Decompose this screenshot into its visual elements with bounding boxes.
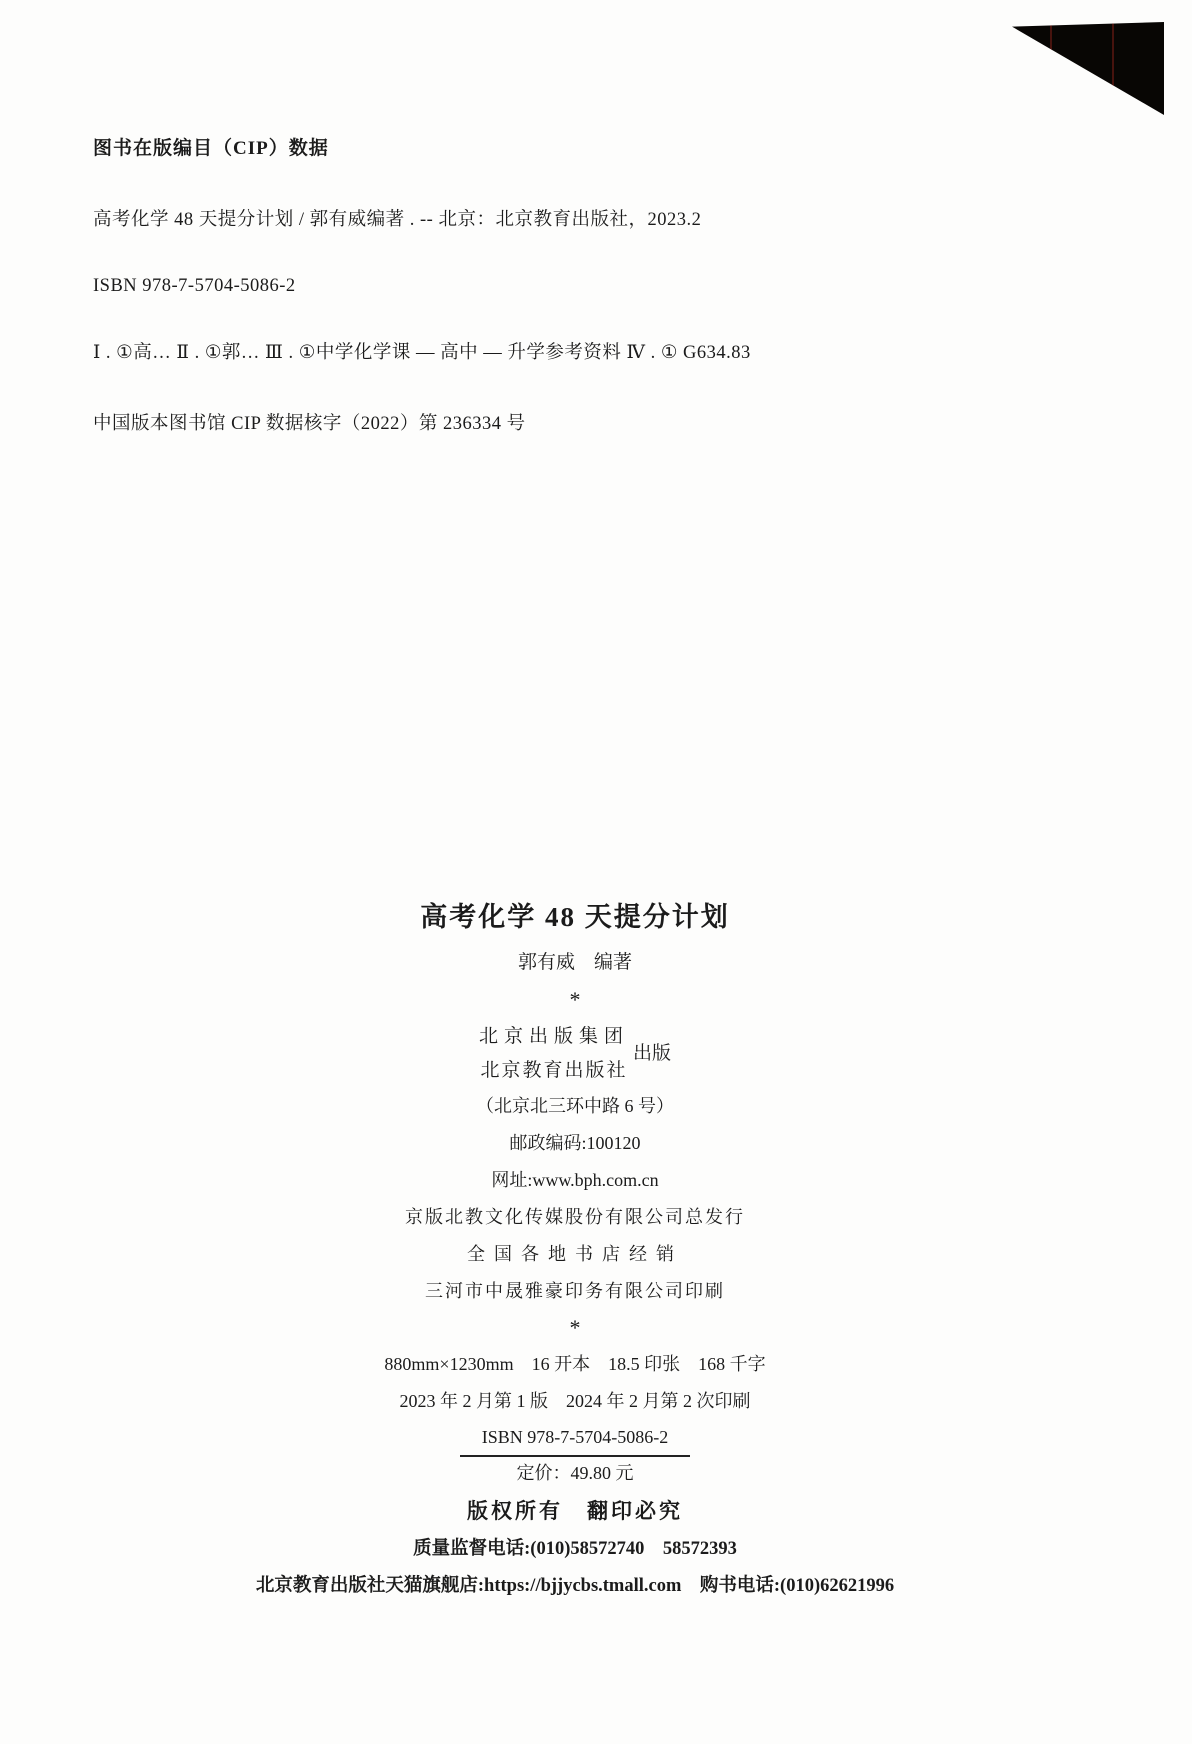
- cip-data-section: 图书在版编目（CIP）数据 高考化学 48 天提分计划 / 郭有威编著 . --…: [93, 133, 853, 476]
- publisher-group-name: 北京出版集团: [479, 1020, 629, 1054]
- publish-label: 出版: [633, 1037, 671, 1071]
- colophon-section: 高考化学 48 天提分计划 郭有威 编著 * 北京出版集团 北京教育出版社 出版…: [10, 900, 1140, 1605]
- publisher-name: 北京教育出版社: [479, 1054, 629, 1088]
- author-line: 郭有威 编著: [10, 944, 1140, 982]
- store-phone-line: 北京教育出版社天猫旗舰店:https://bjjycbs.tmall.com 购…: [10, 1568, 1140, 1605]
- cip-classification-line: Ⅰ . ①高… Ⅱ . ①郭… Ⅲ . ①中学化学课 — 高中 — 升学参考资料…: [93, 338, 853, 364]
- book-title: 高考化学 48 天提分计划: [10, 900, 1140, 934]
- format-line: 880mm×1230mm 16 开本 18.5 印张 168 千字: [10, 1346, 1140, 1383]
- distributor-line: 京版北教文化传媒股份有限公司总发行: [10, 1199, 1140, 1236]
- isbn-text: ISBN 978-7-5704-5086-2: [460, 1420, 691, 1457]
- cip-isbn-line: ISBN 978-7-5704-5086-2: [93, 276, 853, 297]
- copyright-notice: 版权所有 翻印必究: [10, 1491, 1140, 1531]
- divider-star: *: [10, 1310, 1140, 1346]
- cip-record-line: 中国版本图书馆 CIP 数据核字（2022）第 236334 号: [93, 409, 853, 435]
- scan-artifact-line: [1112, 22, 1114, 115]
- website-line: 网址:www.bph.com.cn: [10, 1162, 1140, 1199]
- retail-line: 全国各地书店经销: [10, 1236, 1140, 1273]
- price-line: 定价：49.80 元: [10, 1457, 1140, 1489]
- scan-corner-shadow: [1012, 22, 1164, 115]
- publisher-address: （北京北三环中路 6 号）: [10, 1088, 1140, 1125]
- printer-line: 三河市中晟雅豪印务有限公司印刷: [10, 1273, 1140, 1310]
- isbn-line: ISBN 978-7-5704-5086-2: [10, 1420, 1140, 1457]
- book-copyright-page: 图书在版编目（CIP）数据 高考化学 48 天提分计划 / 郭有威编著 . --…: [0, 0, 1192, 1744]
- cip-heading: 图书在版编目（CIP）数据: [93, 133, 853, 160]
- edition-line: 2023 年 2 月第 1 版 2024 年 2 月第 2 次印刷: [10, 1383, 1140, 1420]
- quality-phone-line: 质量监督电话:(010)58572740 58572393: [10, 1531, 1140, 1568]
- cip-book-line: 高考化学 48 天提分计划 / 郭有威编著 . -- 北京：北京教育出版社，20…: [93, 205, 853, 231]
- publisher-block: 北京出版集团 北京教育出版社 出版: [479, 1020, 671, 1088]
- postcode-line: 邮政编码:100120: [10, 1125, 1140, 1162]
- divider-star: *: [10, 982, 1140, 1018]
- scan-artifact-line: [1050, 22, 1052, 115]
